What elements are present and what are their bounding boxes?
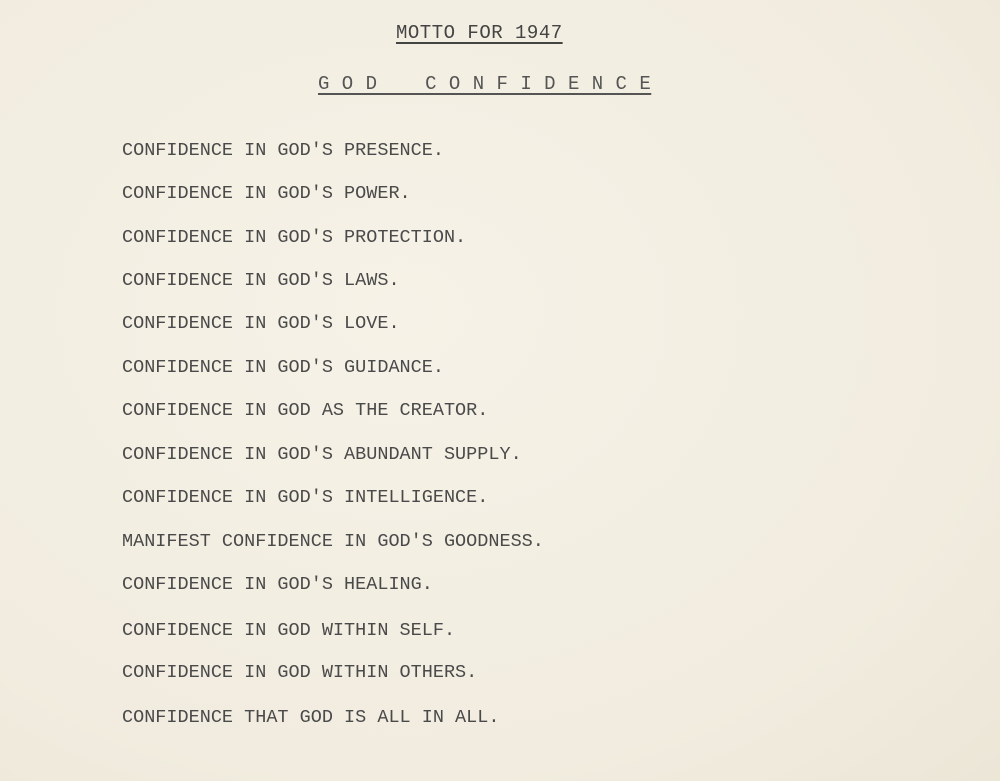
item-text: CONFIDENCE IN GOD'S LAWS. <box>122 270 400 291</box>
item-text: CONFIDENCE IN GOD AS THE CREATOR. <box>122 400 488 421</box>
item-text: CONFIDENCE IN GOD'S ABUNDANT SUPPLY. <box>122 444 522 465</box>
item-text: CONFIDENCE IN GOD'S POWER. <box>122 183 411 204</box>
item-text: CONFIDENCE IN GOD'S GUIDANCE. <box>122 357 444 378</box>
item-text: MANIFEST CONFIDENCE IN GOD'S GOODNESS. <box>122 531 544 552</box>
item-text: CONFIDENCE IN GOD'S INTELLIGENCE. <box>122 487 488 508</box>
item-text: CONFIDENCE THAT GOD IS ALL IN ALL. <box>122 707 499 728</box>
item-text: CONFIDENCE IN GOD'S PROTECTION. <box>122 227 466 248</box>
document-title: MOTTO FOR 1947 <box>396 22 563 44</box>
document-subtitle: G O D C O N F I D E N C E <box>318 73 651 95</box>
item-text: CONFIDENCE IN GOD WITHIN SELF. <box>122 620 455 641</box>
item-text: CONFIDENCE IN GOD'S PRESENCE. <box>122 140 444 161</box>
item-text: CONFIDENCE IN GOD'S HEALING. <box>122 574 433 595</box>
item-text: CONFIDENCE IN GOD'S LOVE. <box>122 313 400 334</box>
item-text: CONFIDENCE IN GOD WITHIN OTHERS. <box>122 662 477 683</box>
typewritten-page: MOTTO FOR 1947 G O D C O N F I D E N C E… <box>0 0 1000 781</box>
